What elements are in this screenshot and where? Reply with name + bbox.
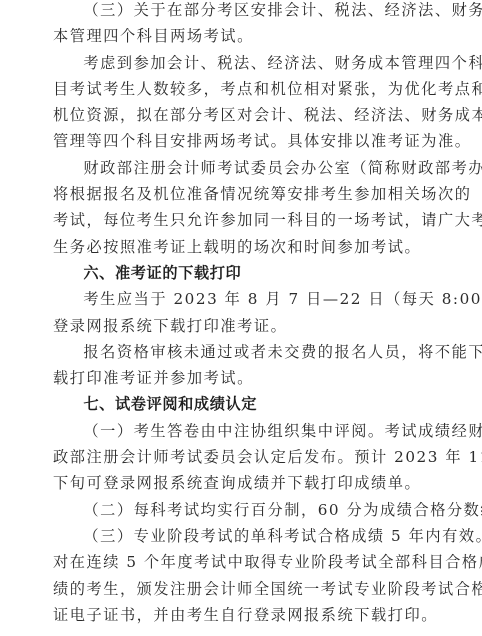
text-line: （二）每科考试均实行百分制，60 分为成绩合格分数线。 bbox=[53, 497, 441, 523]
paragraph-score-validity: （三）专业阶段考试的单科考试合格成绩 5 年内有效。 对在连续 5 个年度考试中… bbox=[53, 523, 441, 628]
text-line: 载打印准考证并参加考试。 bbox=[23, 365, 441, 391]
text-line: 将根据报名及机位准备情况统筹安排考生参加相关场次的 bbox=[23, 181, 441, 207]
heading-text: 七、试卷评阅和成绩认定 bbox=[53, 391, 441, 417]
paragraph-passing-score: （二）每科考试均实行百分制，60 分为成绩合格分数线。 bbox=[53, 497, 441, 523]
text-line: 对在连续 5 个年度考试中取得专业阶段考试全部科目合格成 bbox=[23, 549, 441, 575]
text-line: 本管理四个科目两场考试。 bbox=[23, 23, 441, 49]
text-line: 机位资源，拟在部分考区对会计、税法、经济法、财务成本 bbox=[23, 102, 441, 128]
heading-section-7: 七、试卷评阅和成绩认定 bbox=[53, 391, 441, 417]
paragraph-two-sessions-reason: 考虑到参加会计、税法、经济法、财务成本管理四个科 目考试考生人数较多，考点和机位… bbox=[53, 50, 441, 155]
text-line: （三）专业阶段考试的单科考试合格成绩 5 年内有效。 bbox=[53, 523, 441, 549]
document-page: （三）关于在部分考区安排会计、税法、经济法、财务成 本管理四个科目两场考试。 考… bbox=[53, 0, 441, 628]
text-line: 绩的考生，颁发注册会计师全国统一考试专业阶段考试合格 bbox=[23, 576, 441, 602]
paragraph-section-5-3-title: （三）关于在部分考区安排会计、税法、经济法、财务成 本管理四个科目两场考试。 bbox=[53, 0, 441, 50]
text-line: 考试，每位考生只允许参加同一科目的一场考试，请广大考 bbox=[23, 207, 441, 233]
text-line: 下旬可登录网报系统查询成绩并下载打印成绩单。 bbox=[23, 470, 441, 496]
text-line: （一）考生答卷由中注协组织集中评阅。考试成绩经财 bbox=[53, 418, 441, 444]
text-line: 证电子证书，并由考生自行登录网报系统下载打印。 bbox=[23, 602, 441, 628]
text-line: （三）关于在部分考区安排会计、税法、经济法、财务成 bbox=[53, 0, 441, 23]
text-line: 考生应当于 2023 年 8 月 7 日—22 日（每天 8:00—20:00） bbox=[53, 286, 441, 312]
text-line: 政部注册会计师考试委员会认定后发布。预计 2023 年 11 月 bbox=[23, 444, 441, 470]
text-line: 财政部注册会计师考试委员会办公室（简称财政部考办） bbox=[53, 155, 441, 181]
text-line: 管理等四个科目安排两场考试。具体安排以准考证为准。 bbox=[23, 128, 441, 154]
text-line: 生务必按照准考证上载明的场次和时间参加考试。 bbox=[23, 234, 441, 260]
heading-text: 六、准考证的下载打印 bbox=[53, 260, 441, 286]
paragraph-exam-office-arrangement: 财政部注册会计师考试委员会办公室（简称财政部考办） 将根据报名及机位准备情况统筹… bbox=[53, 155, 441, 260]
text-line: 报名资格审核未通过或者未交费的报名人员，将不能下 bbox=[53, 339, 441, 365]
text-line: 登录网报系统下载打印准考证。 bbox=[23, 313, 441, 339]
heading-section-6: 六、准考证的下载打印 bbox=[53, 260, 441, 286]
paragraph-admission-ticket-dates: 考生应当于 2023 年 8 月 7 日—22 日（每天 8:00—20:00）… bbox=[53, 286, 441, 339]
text-line: 目考试考生人数较多，考点和机位相对紧张，为优化考点和 bbox=[23, 76, 441, 102]
text-line: 考虑到参加会计、税法、经济法、财务成本管理四个科 bbox=[53, 50, 441, 76]
paragraph-unqualified-applicants: 报名资格审核未通过或者未交费的报名人员，将不能下 载打印准考证并参加考试。 bbox=[53, 339, 441, 392]
paragraph-grading: （一）考生答卷由中注协组织集中评阅。考试成绩经财 政部注册会计师考试委员会认定后… bbox=[53, 418, 441, 497]
